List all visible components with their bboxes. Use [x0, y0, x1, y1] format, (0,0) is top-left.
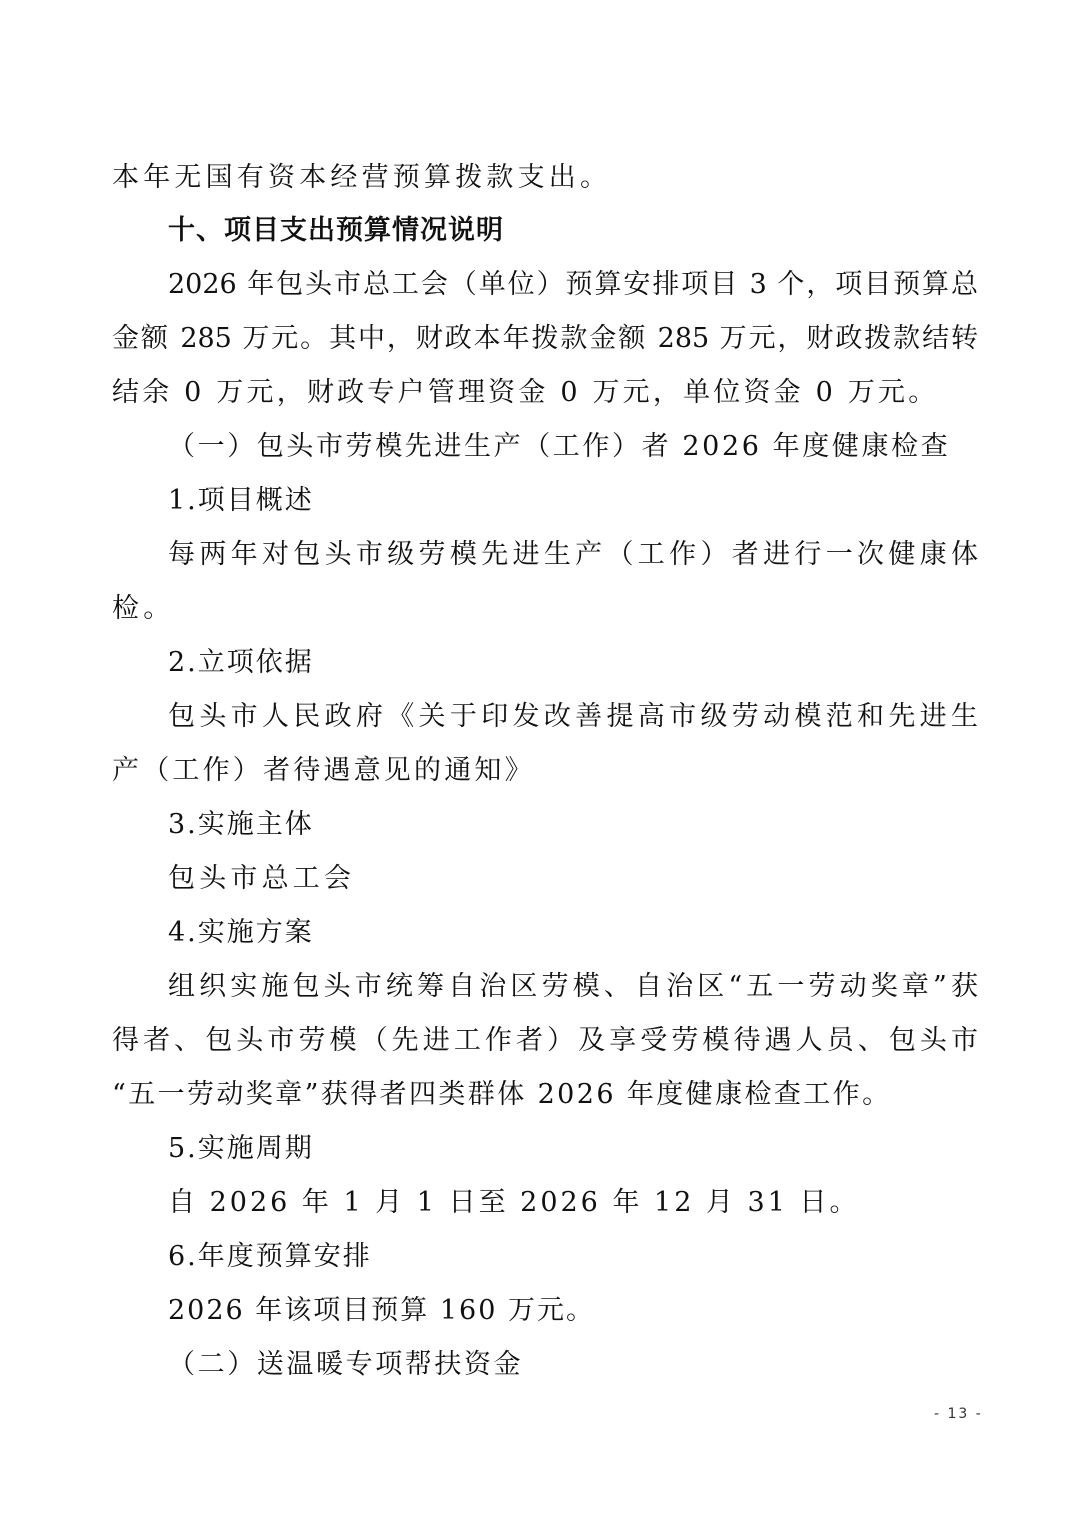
paragraph-line: 金额 285 万元。其中，财政本年拨款金额 285 万元，财政拨款结转: [112, 321, 978, 357]
subsection-heading: （一）包头市劳模先进生产（工作）者 2026 年度健康检查: [168, 429, 978, 465]
item-title: 1.项目概述: [168, 483, 978, 519]
paragraph-line: 2026 年包头市总工会（单位）预算安排项目 3 个，项目预算总: [168, 267, 978, 303]
paragraph-line: 本年无国有资本经营预算拨款支出。: [112, 160, 978, 196]
item-title: 3.实施主体: [168, 807, 978, 843]
item-title: 6.年度预算安排: [168, 1239, 978, 1275]
paragraph-line: 自 2026 年 1 月 1 日至 2026 年 12 月 31 日。: [168, 1185, 978, 1221]
paragraph-line: 2026 年该项目预算 160 万元。: [168, 1293, 978, 1329]
item-title: 5.实施周期: [168, 1131, 978, 1167]
paragraph-line: 结余 0 万元，财政专户管理资金 0 万元，单位资金 0 万元。: [112, 375, 978, 411]
section-heading: 十、项目支出预算情况说明: [168, 213, 978, 249]
paragraph-line: 包头市总工会: [168, 861, 978, 897]
subsection-heading: （二）送温暖专项帮扶资金: [168, 1347, 978, 1383]
item-title: 2.立项依据: [168, 645, 978, 681]
item-title: 4.实施方案: [168, 915, 978, 951]
paragraph-line: 得者、包头市劳模（先进工作者）及享受劳模待遇人员、包头市: [112, 1023, 978, 1059]
paragraph-line: 包头市人民政府《关于印发改善提高市级劳动模范和先进生: [168, 699, 978, 735]
document-page: 本年无国有资本经营预算拨款支出。 十、项目支出预算情况说明 2026 年包头市总…: [0, 0, 1075, 1520]
paragraph-line: 每两年对包头市级劳模先进生产（工作）者进行一次健康体: [168, 537, 978, 573]
paragraph-line: 产（工作）者待遇意见的通知》: [112, 753, 978, 789]
page-number: - 13 -: [934, 1406, 983, 1422]
paragraph-line: 检。: [112, 591, 978, 627]
paragraph-line: “五一劳动奖章”获得者四类群体 2026 年度健康检查工作。: [112, 1077, 978, 1113]
paragraph-line: 组织实施包头市统筹自治区劳模、自治区“五一劳动奖章”获: [168, 969, 978, 1005]
